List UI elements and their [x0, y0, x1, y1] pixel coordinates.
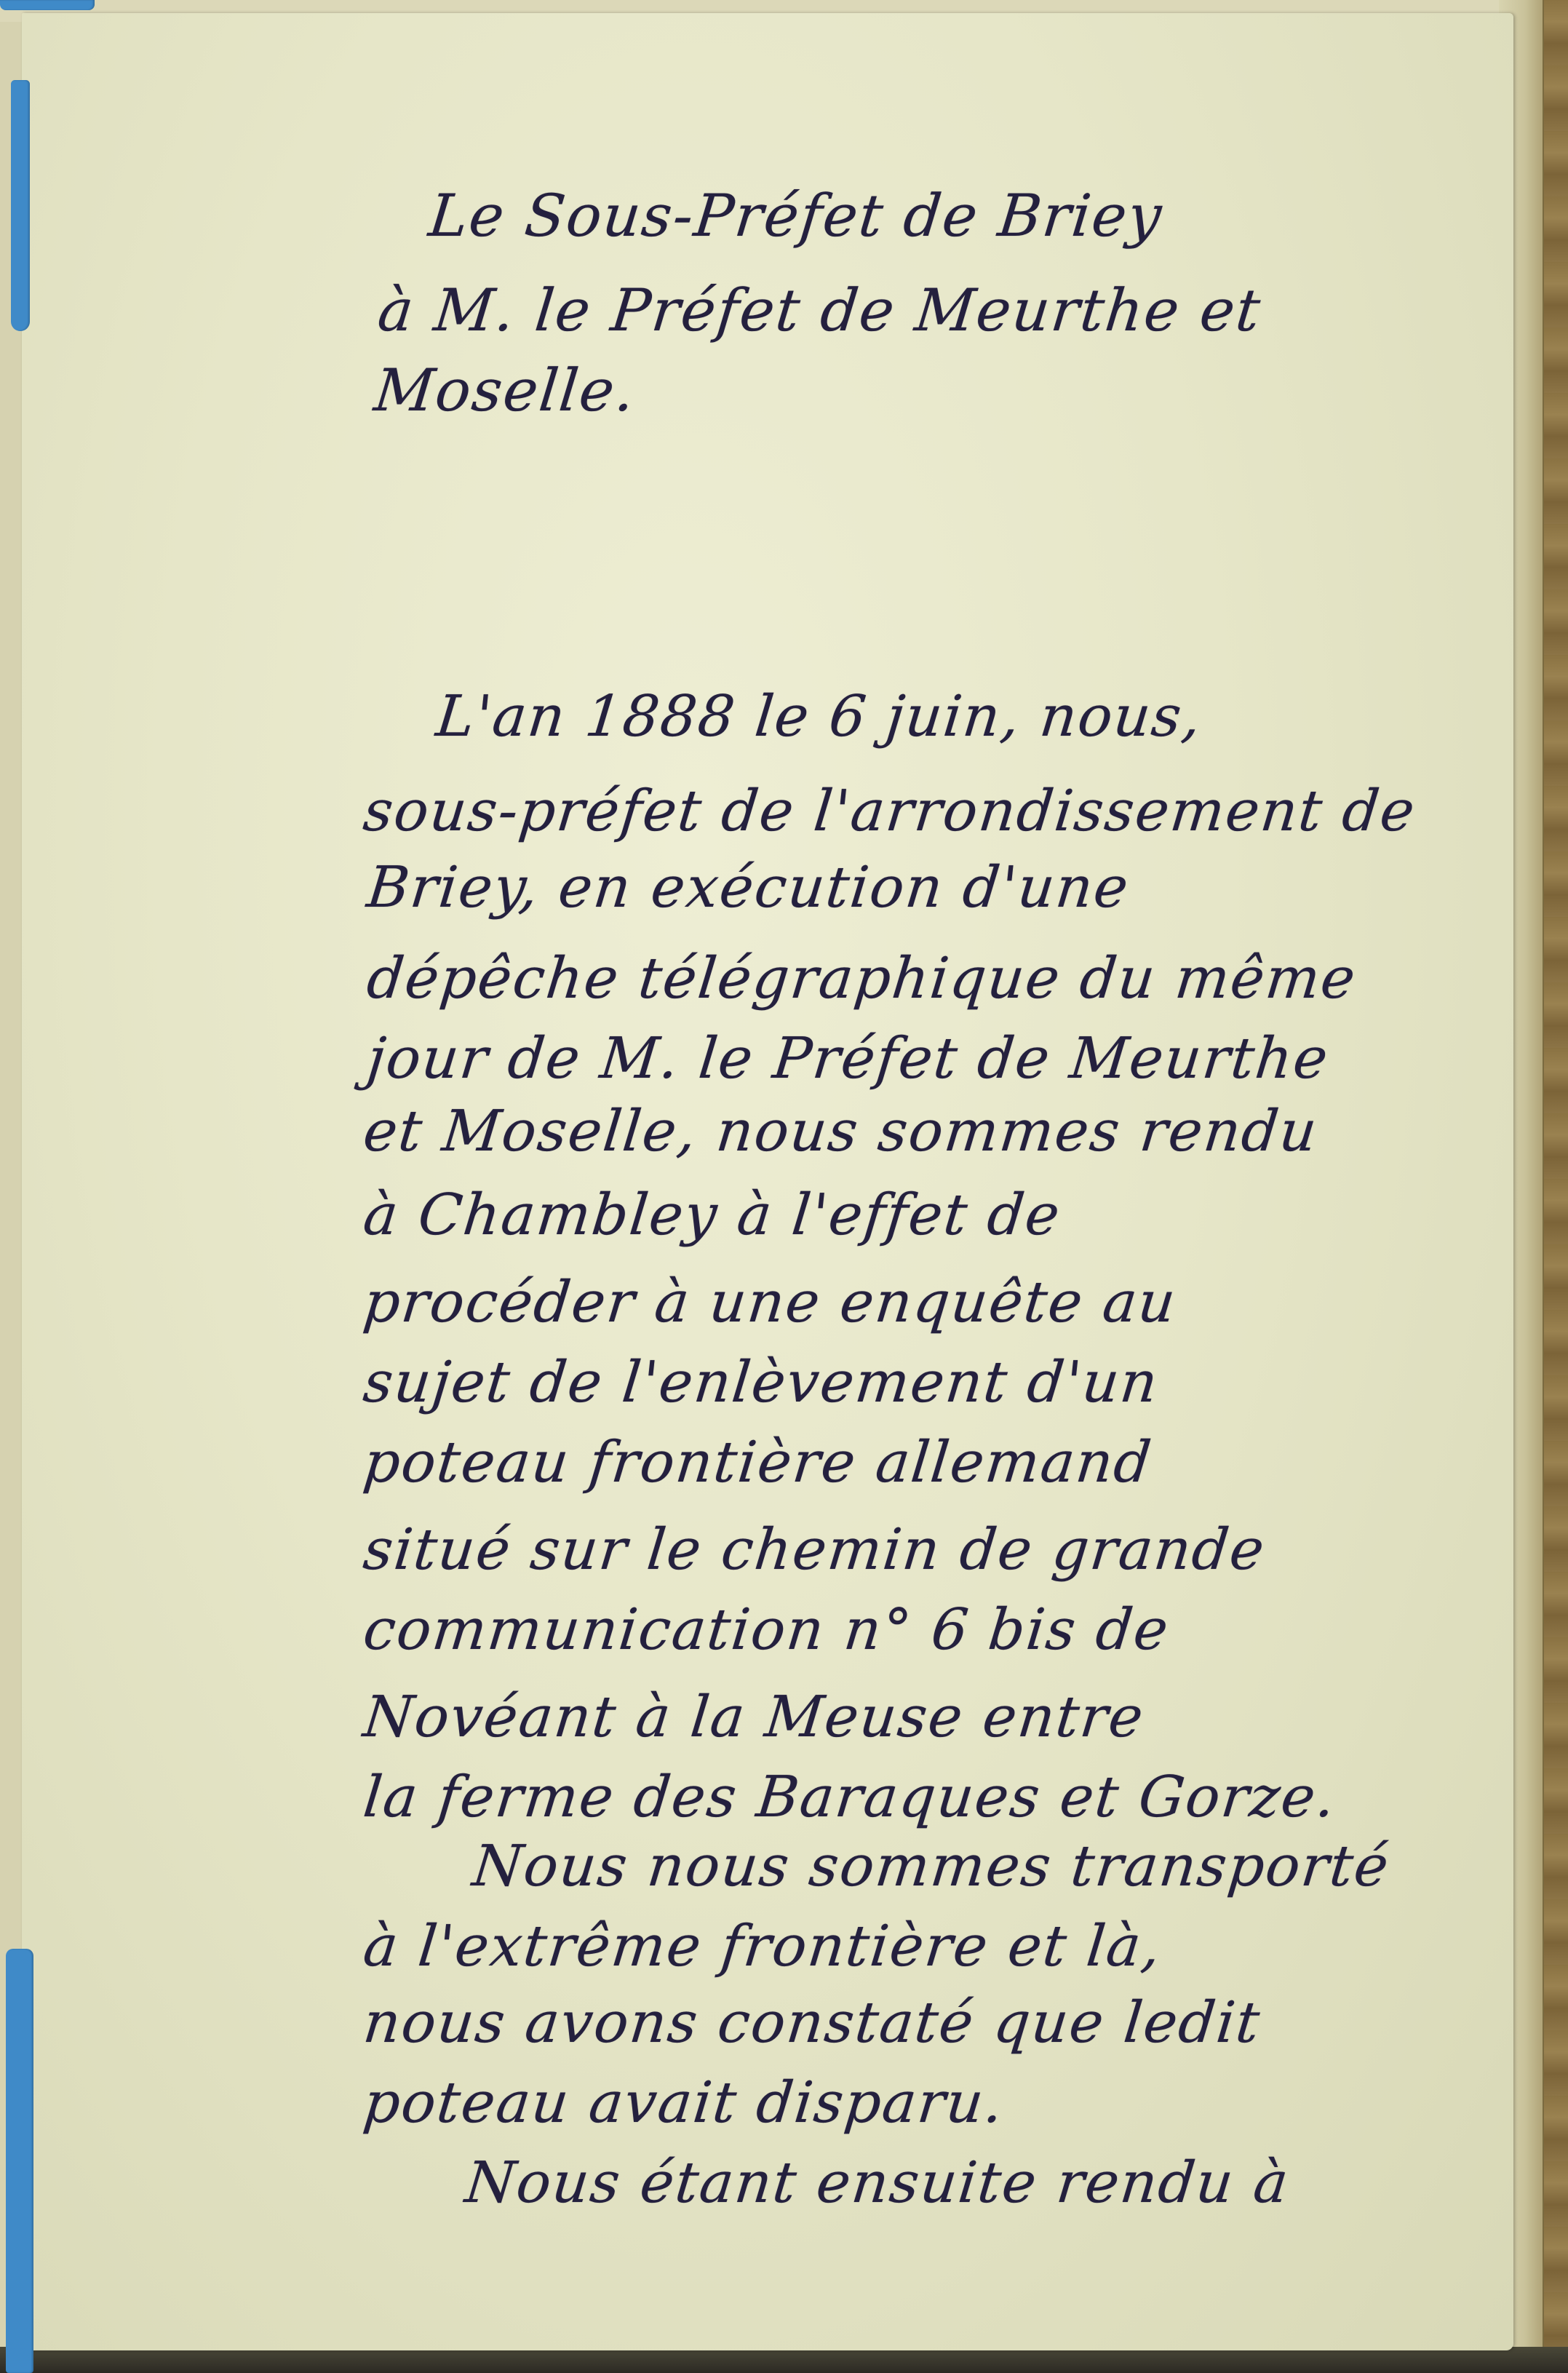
body-line: la ferme des Baraques et Gorze.	[360, 1765, 1340, 1830]
header-line: à M. le Préfet de Meurthe et	[375, 277, 1265, 344]
body-line: jour de M. le Préfet de Meurthe	[364, 1026, 1332, 1092]
header-line: Moselle.	[371, 357, 639, 424]
binding-tape-left-top	[11, 80, 30, 331]
body-line: Nous étant ensuite rendu à	[462, 2150, 1292, 2216]
body-line: sous-préfet de l'arrondissement de	[360, 779, 1419, 844]
body-line: nous avons constaté que ledit	[360, 1990, 1264, 2056]
body-line: à Chambley à l'effet de	[360, 1182, 1064, 1248]
header-line: Le Sous-Préfet de Briey	[426, 182, 1166, 250]
body-line: sujet de l'enlèvement d'un	[360, 1350, 1162, 1415]
body-line: poteau avait disparu.	[360, 2070, 1007, 2136]
binding-tape-top	[0, 0, 95, 10]
body-line: Briey, en exécution d'une	[364, 855, 1132, 921]
body-line: communication n° 6 bis de	[360, 1597, 1172, 1663]
body-line: et Moselle, nous sommes rendu	[360, 1099, 1321, 1164]
binding-tape-left-bottom	[6, 1949, 33, 2373]
body-line: L'an 1888 le 6 juin, nous,	[433, 684, 1205, 750]
body-line: situé sur le chemin de grande	[360, 1517, 1268, 1583]
bottom-shadow	[0, 2347, 1568, 2373]
body-line: procéder à une enquête au	[360, 1270, 1179, 1335]
body-line: dépêche télégraphique du même	[364, 946, 1359, 1011]
body-line: Novéant à la Meuse entre	[360, 1685, 1147, 1750]
body-line: à l'extrême frontière et là,	[360, 1914, 1165, 1979]
body-line: Nous nous sommes transporté	[469, 1834, 1393, 1899]
body-line: poteau frontière allemand	[360, 1430, 1155, 1495]
